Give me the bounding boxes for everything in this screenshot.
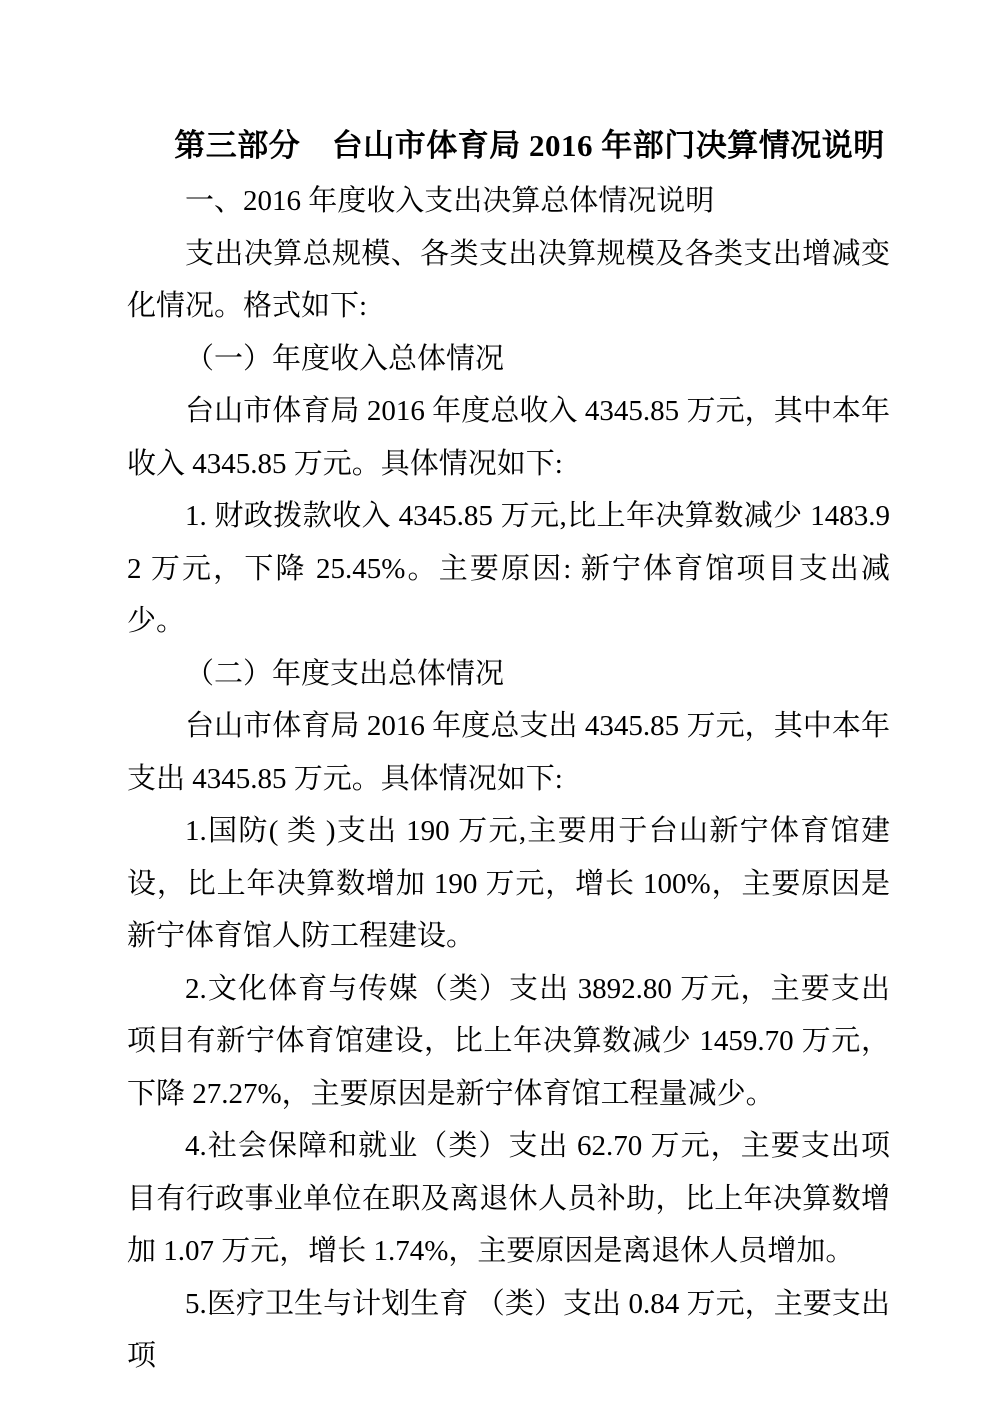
subheading-income: （一）年度收入总体情况	[127, 333, 890, 386]
para-expenditure-total: 台山市体育局 2016 年度总支出 4345.85 万元，其中本年支出 4345…	[127, 700, 890, 805]
para-expense-item-4: 4.社会保障和就业（类）支出 62.70 万元，主要支出项目有行政事业单位在职及…	[127, 1120, 890, 1278]
doc-title: 第三部分 台山市体育局 2016 年部门决算情况说明	[127, 117, 890, 175]
heading-section-1: 一、2016 年度收入支出决算总体情况说明	[127, 175, 890, 228]
para-income-item-1: 1. 财政拨款收入 4345.85 万元,比上年决算数减少 1483.92 万元…	[127, 490, 890, 648]
para-income-total: 台山市体育局 2016 年度总收入 4345.85 万元，其中本年收入 4345…	[127, 385, 890, 490]
para-expense-item-5: 5.医疗卫生与计划生育 （类）支出 0.84 万元，主要支出项	[127, 1278, 890, 1383]
para-expense-item-2: 2.文化体育与传媒（类）支出 3892.80 万元，主要支出项目有新宁体育馆建设…	[127, 963, 890, 1121]
document-page: 第三部分 台山市体育局 2016 年部门决算情况说明 一、2016 年度收入支出…	[0, 0, 992, 1403]
para-expense-item-1: 1.国防( 类 )支出 190 万元,主要用于台山新宁体育馆建设，比上年决算数增…	[127, 805, 890, 963]
para-overview: 支出决算总规模、各类支出决算规模及各类支出增减变化情况。格式如下:	[127, 228, 890, 333]
subheading-expenditure: （二）年度支出总体情况	[127, 648, 890, 701]
